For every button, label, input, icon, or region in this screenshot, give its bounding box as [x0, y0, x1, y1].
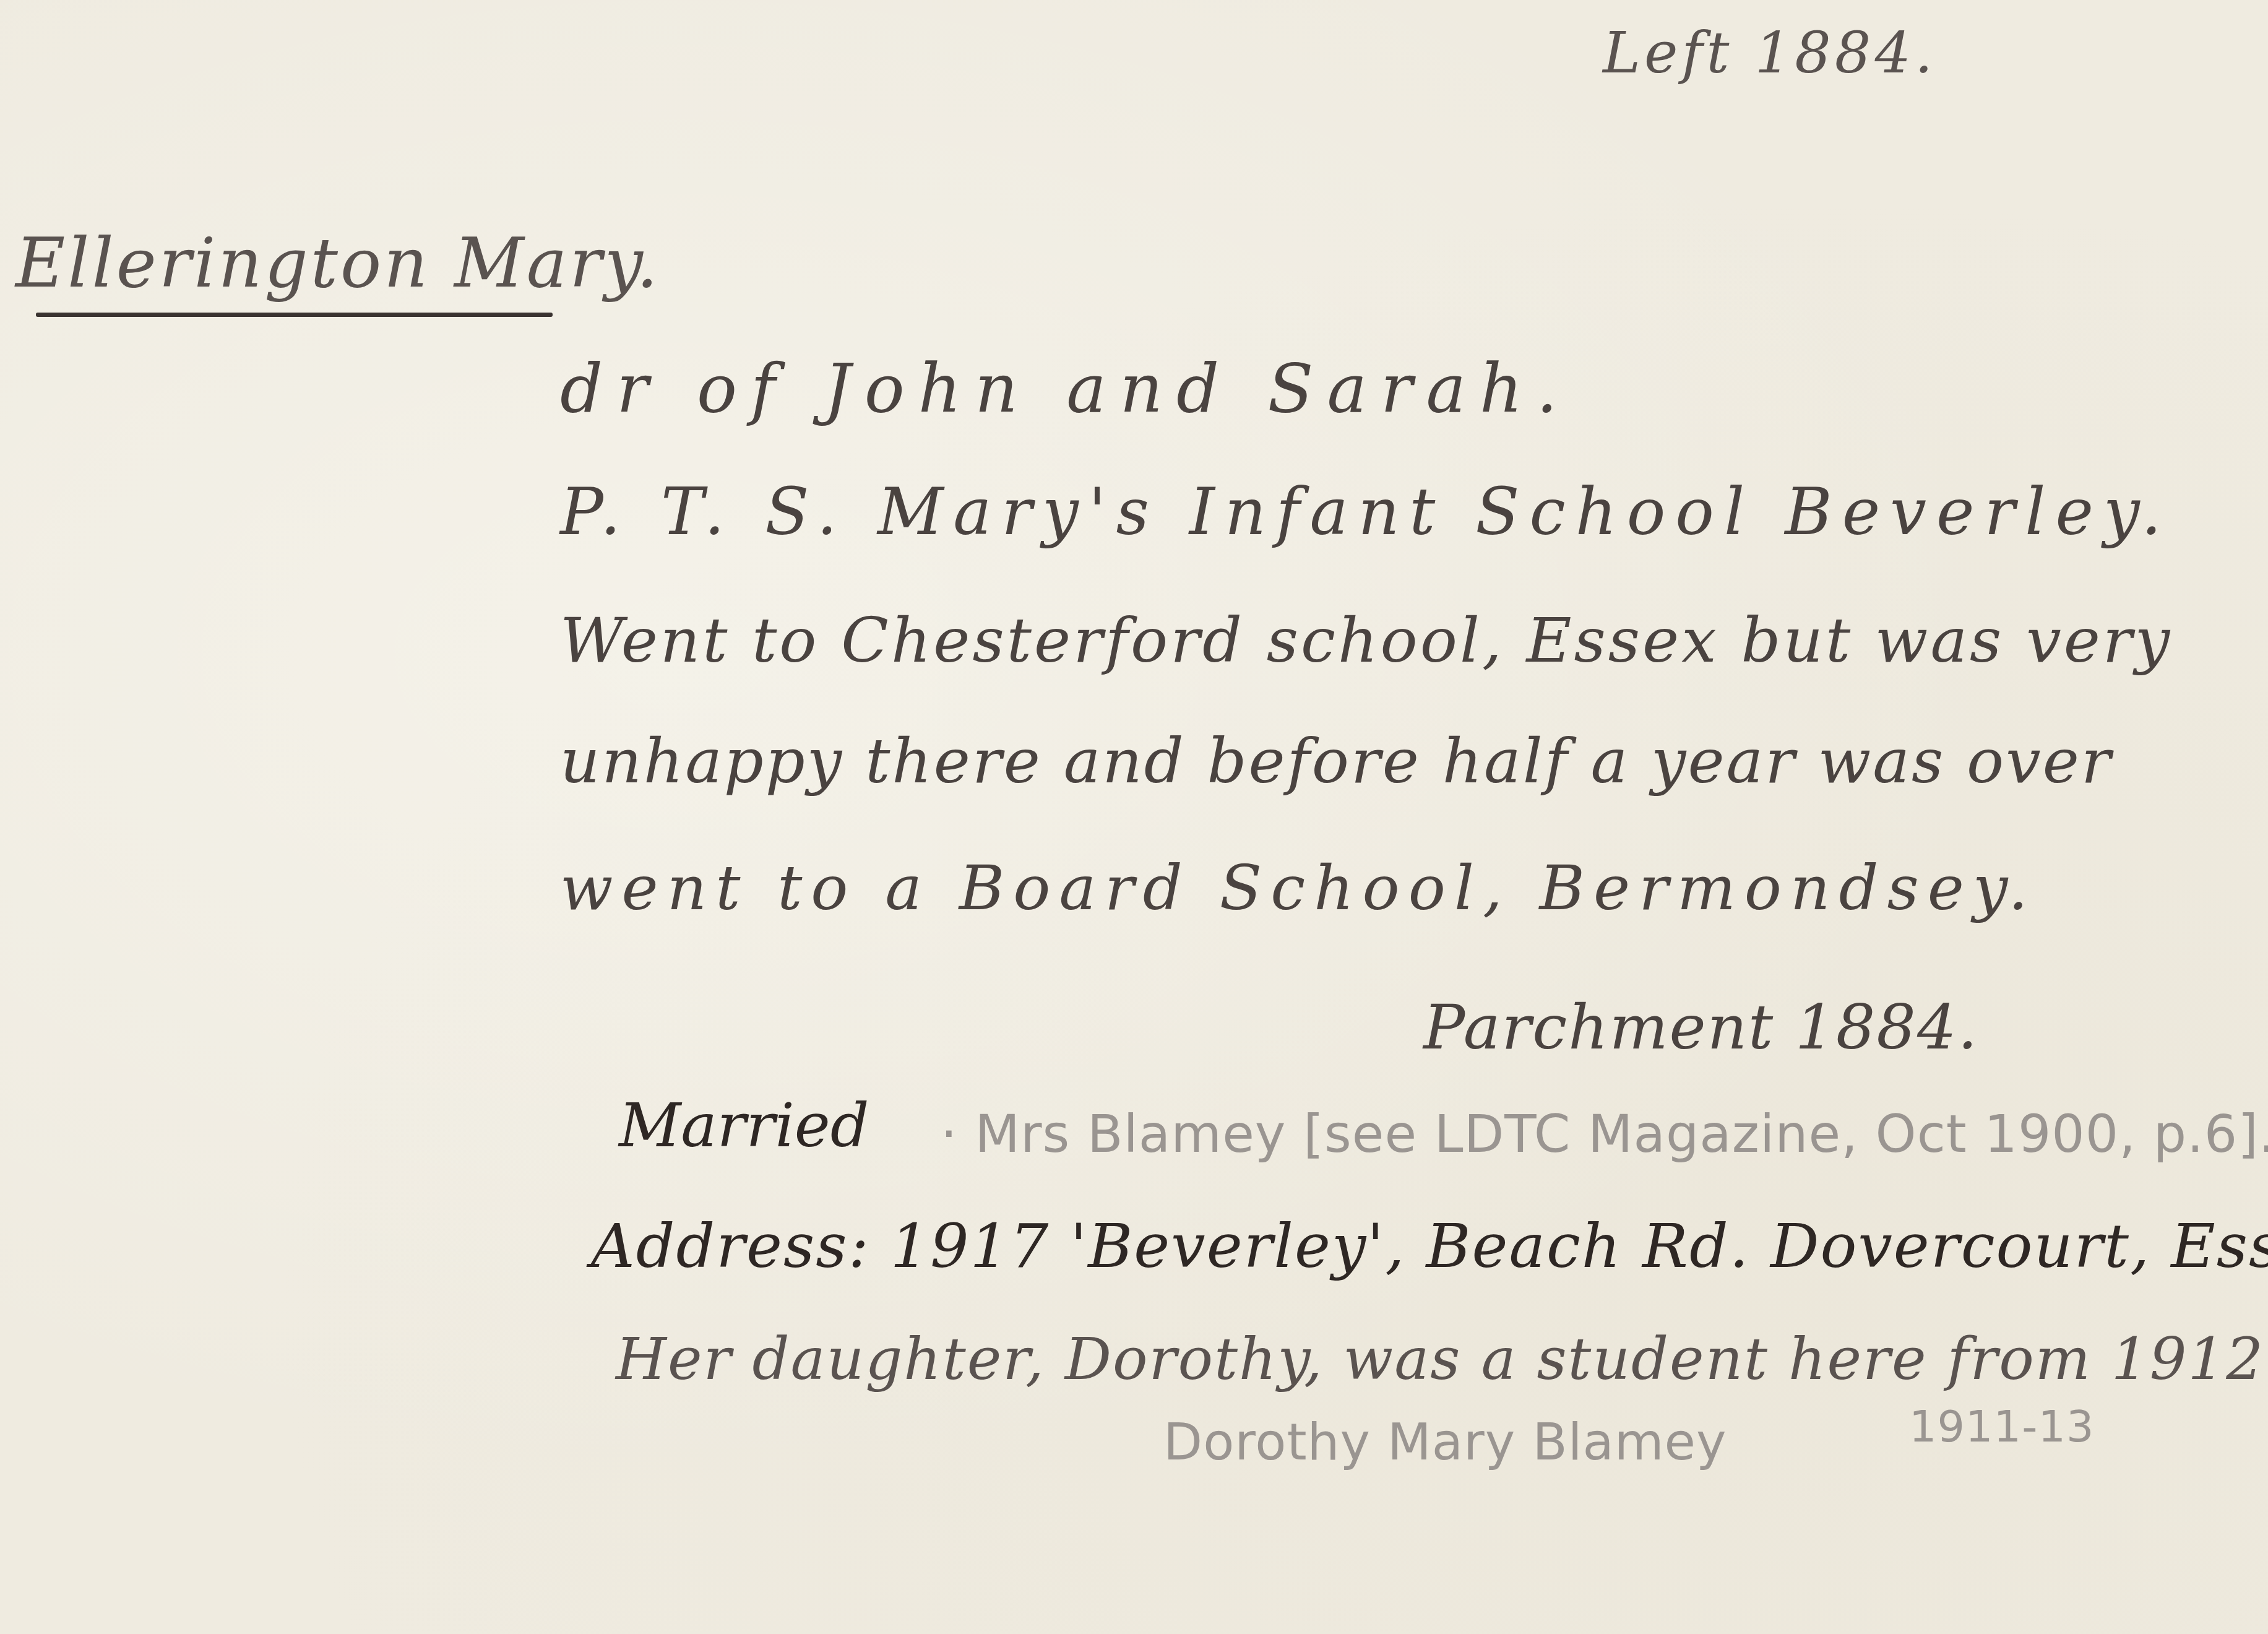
parchment-note: Parchment 1884. — [1423, 996, 1978, 1058]
name-underline — [36, 313, 553, 317]
entry-line-infant-school: P. T. S. Mary's Infant School Beverley. — [560, 480, 2171, 544]
entry-name-heading: Ellerington Mary. — [15, 229, 660, 297]
daughter-note: Her daughter, Dorothy, was a student her… — [616, 1331, 2268, 1389]
left-date-note: Left 1884. — [1603, 25, 1936, 82]
married-pencil-note: · Mrs Blamey [see LDTC Magazine, Oct 190… — [941, 1108, 2268, 1160]
entry-line-board-school: went to a Board School, Bermondsey. — [560, 857, 2037, 919]
register-page: Left 1884. Ellerington Mary. dr of John … — [0, 0, 2268, 1634]
entry-line-unhappy: unhappy there and before half a year was… — [560, 730, 2113, 792]
pencil-student-years: 1911-13 — [1909, 1405, 2094, 1448]
married-label: Married — [619, 1096, 869, 1156]
pencil-daughter-name: Dorothy Mary Blamey — [1163, 1417, 1727, 1468]
entry-line-chesterford: Went to Chesterford school, Essex but wa… — [560, 610, 2172, 672]
entry-line-parentage: dr of John and Sarah. — [560, 356, 1571, 423]
address-note: Address: 1917 'Beverley', Beach Rd. Dove… — [591, 1216, 2268, 1277]
